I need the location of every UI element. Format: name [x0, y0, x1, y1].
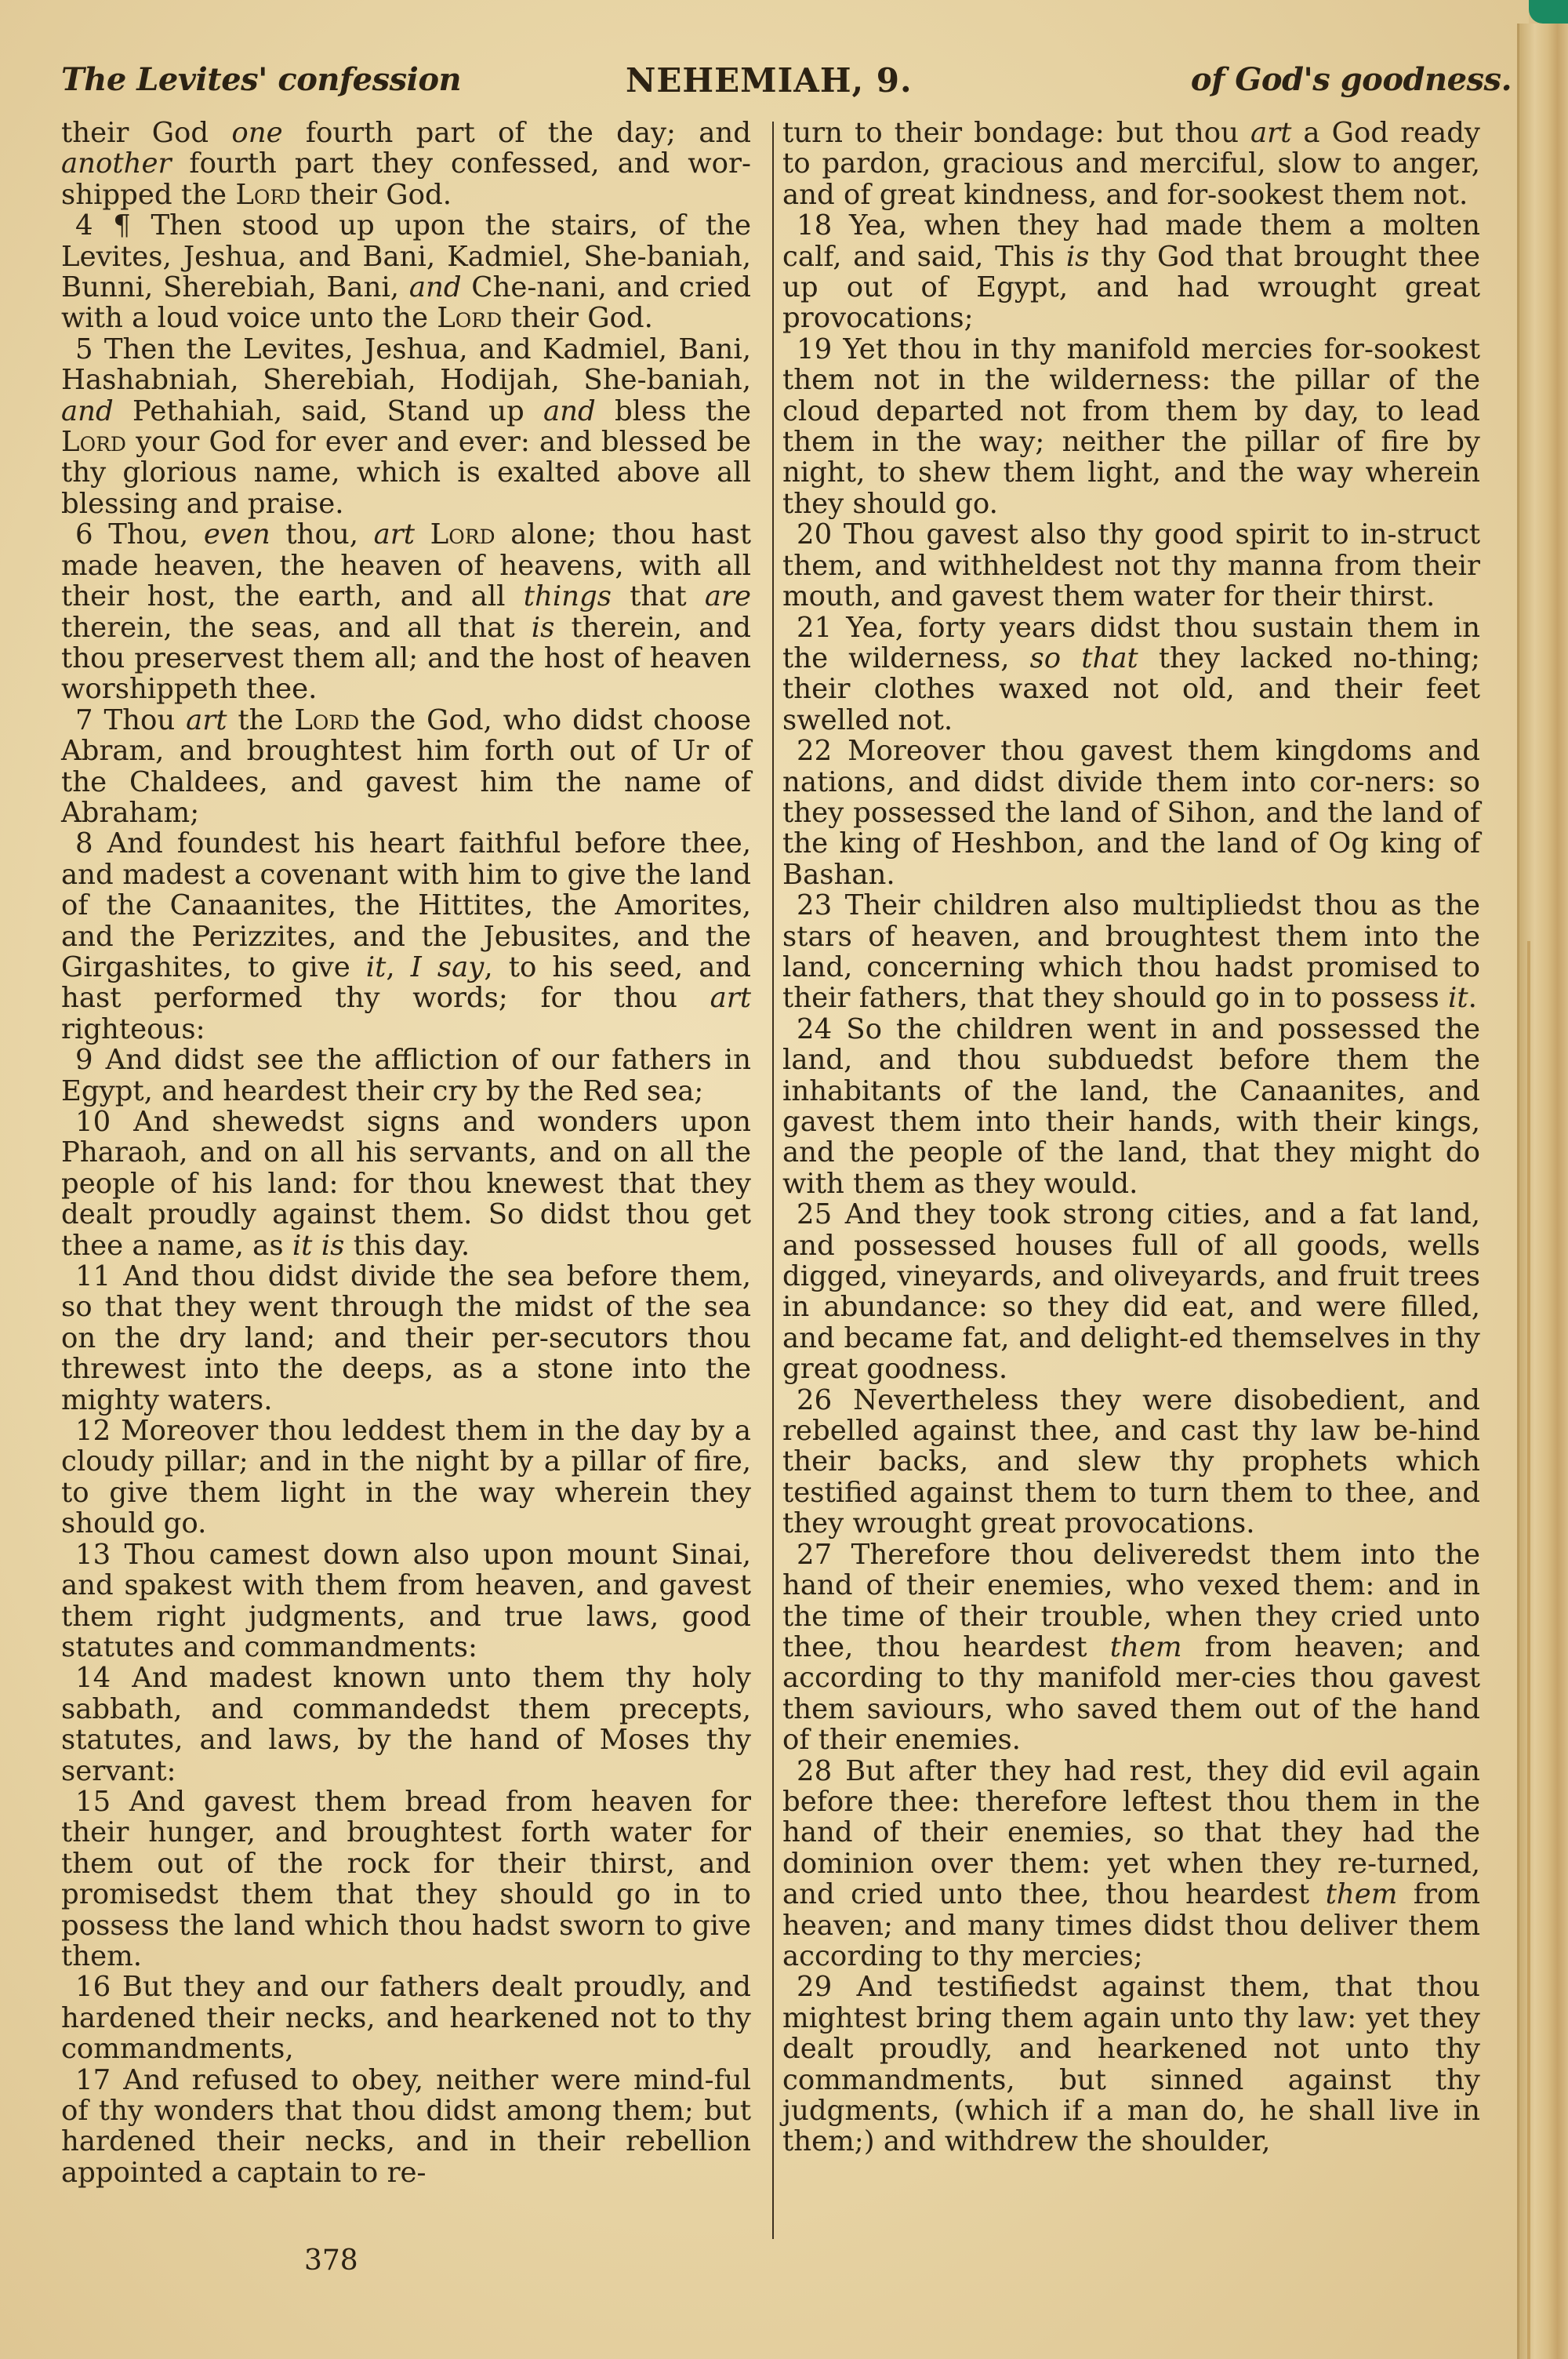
page-edge-shadow	[1527, 941, 1530, 2359]
italic-supplied-word: is	[1066, 241, 1090, 273]
verse-9: 9 And didst see the affliction of our fa…	[61, 1045, 751, 1107]
verse-number: 12	[61, 1415, 121, 1447]
verse-text: And gavest them bread from heaven for th…	[61, 1786, 751, 1972]
divine-name-smallcaps: Lord	[437, 302, 502, 334]
verse-text: Thou gavest also thy good spirit to in-s…	[782, 518, 1480, 612]
italic-supplied-word: them	[1326, 1878, 1398, 1910]
verse-number: 4	[61, 209, 113, 242]
verse-number: 25	[782, 1198, 845, 1230]
italic-supplied-word: it is	[292, 1230, 344, 1262]
green-tab-corner	[1529, 0, 1568, 24]
italic-supplied-word: art	[186, 704, 227, 736]
verse-16: 16 But they and our fathers dealt proudl…	[61, 1972, 751, 2064]
verse-number: 17	[61, 2064, 123, 2096]
verse-12: 12 Moreover thou leddest them in the day…	[61, 1416, 751, 1539]
verse-23: 23 Their children also multipliedst thou…	[782, 890, 1480, 1014]
italic-supplied-word: and	[409, 271, 462, 304]
verse-5: 5 Then the Levites, Jeshua, and Kadmiel,…	[61, 334, 751, 519]
italic-supplied-word: so that	[1030, 642, 1138, 674]
verse-4: 4 ¶ Then stood up upon the stairs, of th…	[61, 210, 751, 334]
verse-text: the	[227, 704, 294, 736]
verse-number: 28	[782, 1755, 845, 1787]
verse-number: 21	[782, 612, 846, 644]
verse-text: their God.	[300, 179, 452, 211]
verse-text: And madest known unto them thy holy sabb…	[61, 1662, 751, 1787]
verse-text: So the children went in and possessed th…	[782, 1013, 1480, 1200]
left-column: their God one fourth part of the day; an…	[61, 118, 751, 2188]
divine-name-smallcaps: Lord	[294, 704, 359, 736]
verse-8: 8 And foundest his heart faithful before…	[61, 828, 751, 1045]
italic-supplied-word: it	[1448, 982, 1468, 1014]
verse-28: 28 But after they had rest, they did evi…	[782, 1756, 1480, 1972]
verse-number: 7	[61, 704, 103, 736]
verse-21: 21 Yea, forty years didst thou sustain t…	[782, 612, 1480, 736]
verse-text: Thou camest down also upon mount Sinai, …	[61, 1539, 751, 1663]
verse-number: 26	[782, 1384, 853, 1416]
page-number: 378	[304, 2245, 358, 2277]
verse-27: 27 Therefore thou deliveredst them into …	[782, 1539, 1480, 1756]
verse-6: 6 Thou, even thou, art Lord alone; thou …	[61, 519, 751, 704]
italic-supplied-word: and	[61, 395, 114, 427]
divine-name-smallcaps: Lord	[235, 179, 300, 211]
verse-number: 6	[61, 518, 108, 551]
italic-supplied-word: things	[524, 580, 612, 612]
verse-number: 22	[782, 735, 848, 767]
divine-name-smallcaps: Lord	[61, 426, 126, 458]
verse-14: 14 And madest known unto them thy holy s…	[61, 1663, 751, 1787]
verse-text: righteous:	[61, 1013, 205, 1045]
right-column: turn to their bondage: but thou art a Go…	[782, 118, 1480, 2157]
verse-text: thou,	[270, 518, 374, 551]
verse-text: Then the Levites, Jeshua, and Kadmiel, B…	[61, 333, 751, 396]
verse-15: 15 And gavest them bread from heaven for…	[61, 1787, 751, 1972]
verse-text: this day.	[344, 1230, 470, 1262]
italic-supplied-word: art	[1250, 117, 1291, 149]
verse-17: 17 And refused to obey, neither were min…	[61, 2065, 751, 2189]
verse-number: 27	[782, 1539, 851, 1571]
verse-text: Yet thou in thy manifold mercies for-soo…	[782, 333, 1480, 520]
verse-text: Pethahiah, said, Stand up	[114, 395, 543, 427]
verse-text: And they took strong cities, and a fat l…	[782, 1198, 1480, 1385]
verse-text: their God	[61, 117, 231, 149]
verse-20: 20 Thou gavest also thy good spirit to i…	[782, 519, 1480, 612]
verse-29: 29 And testifiedst against them, that th…	[782, 1972, 1480, 2157]
verse-text: And testifiedst against them, that thou …	[782, 1971, 1480, 2157]
italic-supplied-word: another	[61, 147, 172, 180]
verse-text: therein, the seas, and all that	[61, 612, 532, 644]
verse-text: And refused to obey, neither were mind-f…	[61, 2064, 751, 2189]
verse-text: And didst see the affliction of our fath…	[61, 1044, 751, 1107]
italic-supplied-word: is	[532, 612, 555, 644]
italic-supplied-word: them	[1110, 1631, 1182, 1663]
verse-text: But they and our fathers dealt proudly, …	[61, 1971, 751, 2065]
verse-text: Nevertheless they were disobedient, and …	[782, 1384, 1480, 1540]
header-right-topic: of God's goodness.	[1191, 61, 1512, 98]
verse-number: 18	[782, 209, 849, 242]
header-left-topic: The Levites' confession	[61, 61, 461, 98]
verse-text: Their children also multipliedst thou as…	[782, 889, 1480, 1014]
verse-number: 16	[61, 1971, 122, 2003]
verse-text: Thou,	[108, 518, 204, 551]
verse-13: 13 Thou camest down also upon mount Sina…	[61, 1539, 751, 1663]
running-header: The Levites' confession NEHEMIAH, 9. of …	[61, 61, 1512, 108]
verse-number: 19	[782, 333, 843, 365]
column-divider	[772, 122, 774, 2239]
italic-supplied-word: are	[705, 580, 751, 612]
page-edge-stack	[1517, 24, 1568, 2359]
italic-supplied-word: I say	[411, 951, 485, 983]
verse-number: 24	[782, 1013, 846, 1045]
verse-text: fourth part of the day; and	[283, 117, 751, 149]
verse-number: 15	[61, 1786, 129, 1818]
italic-supplied-word: art	[710, 982, 751, 1014]
divine-name-smallcaps: Lord	[430, 518, 495, 551]
verse-continuation: turn to their bondage: but thou art a Go…	[782, 118, 1480, 210]
verse-number: 13	[61, 1539, 124, 1571]
verse-number: 8	[61, 827, 107, 860]
verse-number: 11	[61, 1260, 123, 1292]
header-book-chapter: NEHEMIAH, 9.	[626, 61, 913, 100]
verse-7: 7 Thou art the Lord the God, who didst c…	[61, 705, 751, 829]
verse-number: 10	[61, 1106, 133, 1138]
verse-10: 10 And shewedst signs and wonders upon P…	[61, 1107, 751, 1261]
verse-text: that	[612, 580, 705, 612]
italic-supplied-word: art	[374, 518, 415, 551]
verse-19: 19 Yet thou in thy manifold mercies for-…	[782, 334, 1480, 519]
verse-text: Moreover thou gavest them kingdoms and n…	[782, 735, 1480, 891]
verse-text: ,	[386, 951, 410, 983]
italic-supplied-word: it	[366, 951, 387, 983]
verse-22: 22 Moreover thou gavest them kingdoms an…	[782, 736, 1480, 890]
verse-18: 18 Yea, when they had made them a molten…	[782, 210, 1480, 334]
verse-number: 20	[782, 518, 844, 551]
verse-number: 23	[782, 889, 845, 921]
verse-number: 9	[61, 1044, 106, 1076]
verse-text: your God for ever and ever: and blessed …	[61, 426, 751, 520]
verse-continuation: their God one fourth part of the day; an…	[61, 118, 751, 210]
italic-supplied-word: even	[204, 518, 270, 551]
italic-supplied-word: and	[543, 395, 596, 427]
italic-supplied-word: one	[231, 117, 282, 149]
verse-text: Moreover thou leddest them in the day by…	[61, 1415, 751, 1539]
verse-text: .	[1468, 982, 1477, 1014]
verse-26: 26 Nevertheless they were disobedient, a…	[782, 1385, 1480, 1539]
verse-24: 24 So the children went in and possessed…	[782, 1014, 1480, 1199]
verse-text	[415, 518, 430, 551]
verse-number: 5	[61, 333, 104, 365]
verse-text: turn to their bondage: but thou	[782, 117, 1250, 149]
verse-number: 29	[782, 1971, 856, 2003]
verse-text: And thou didst divide the sea before the…	[61, 1260, 751, 1416]
verse-11: 11 And thou didst divide the sea before …	[61, 1261, 751, 1416]
verse-text: bless the	[596, 395, 751, 427]
verse-25: 25 And they took strong cities, and a fa…	[782, 1199, 1480, 1384]
verse-text: Thou	[103, 704, 186, 736]
verse-text: their God.	[502, 302, 653, 334]
verse-number: 14	[61, 1662, 132, 1694]
